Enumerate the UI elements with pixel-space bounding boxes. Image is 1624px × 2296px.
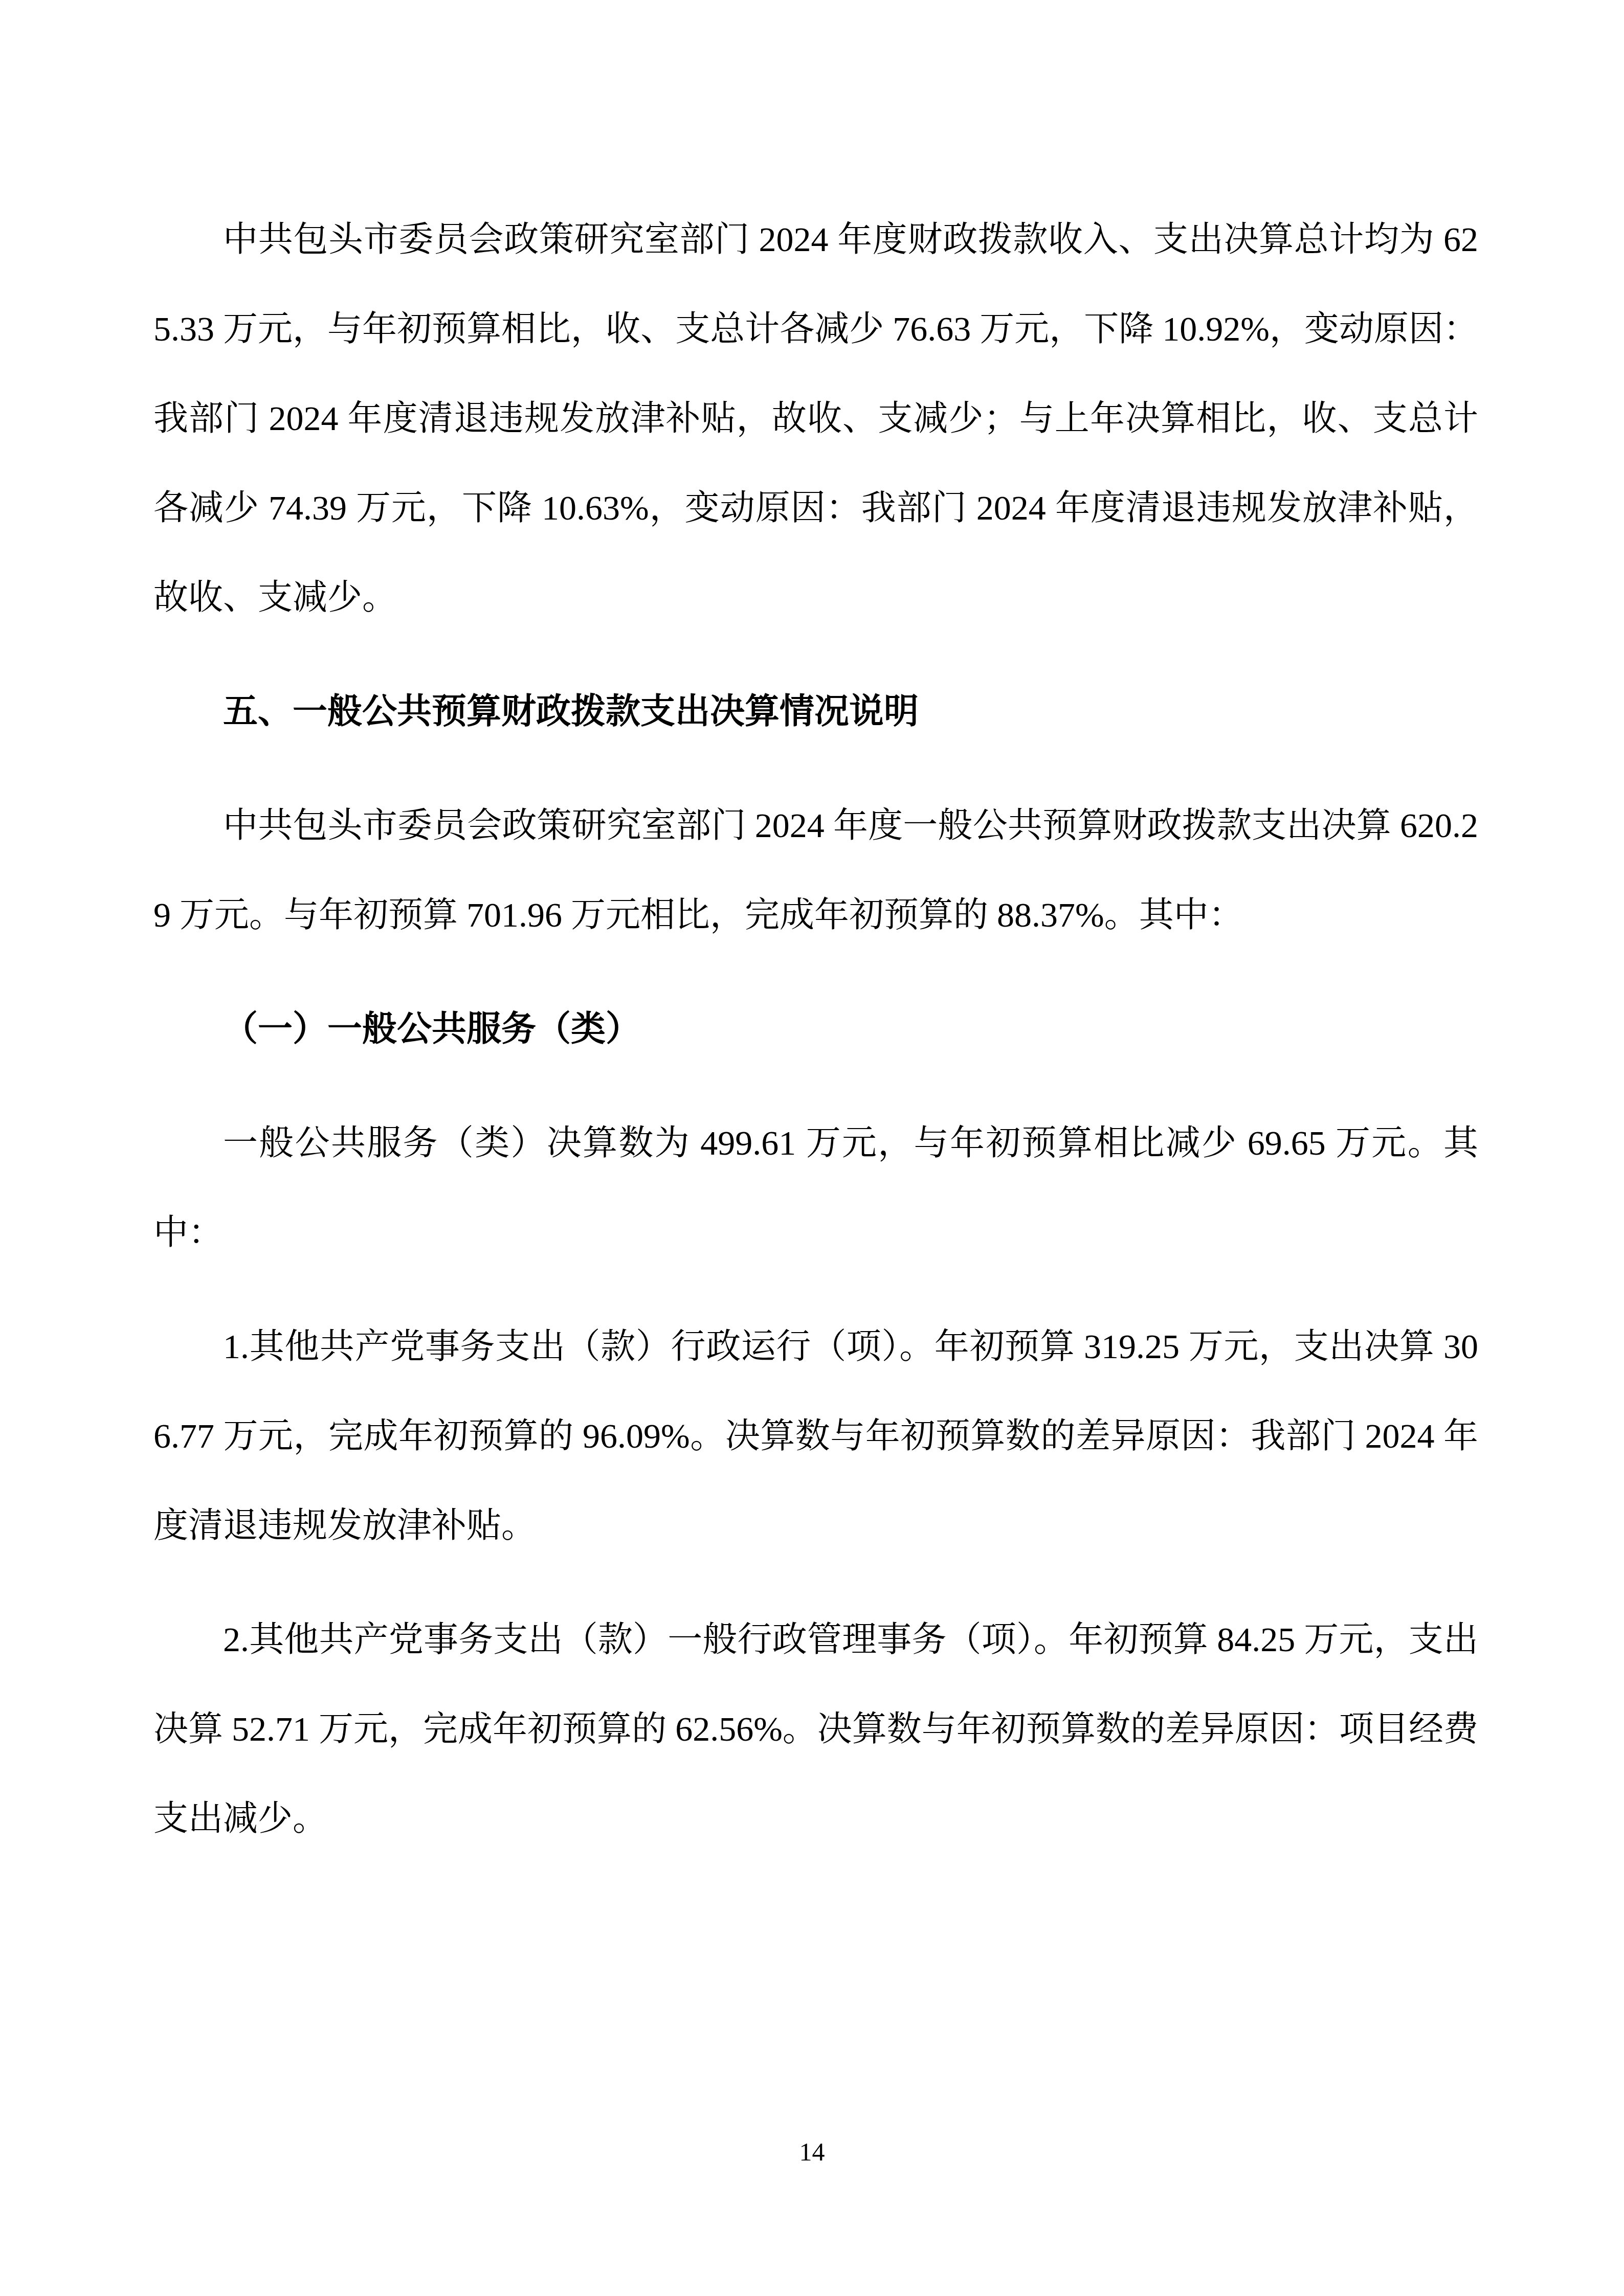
section-heading-general-public-budget-expenditure: 五、一般公共预算财政拨款支出决算情况说明 bbox=[153, 667, 1478, 756]
subsection-heading-general-public-service: （一）一般公共服务（类） bbox=[153, 984, 1478, 1074]
paragraph-general-public-service-summary: 一般公共服务（类）决算数为 499.61 万元，与年初预算相比减少 69.65 … bbox=[153, 1098, 1478, 1277]
document-page: 中共包头市委员会政策研究室部门 2024 年度财政拨款收入、支出决算总计均为 6… bbox=[0, 0, 1624, 2296]
paragraph-item-1-administrative-operation: 1.其他共产党事务支出（款）行政运行（项）。年初预算 319.25 万元，支出决… bbox=[153, 1302, 1478, 1570]
paragraph-section5-intro: 中共包头市委员会政策研究室部门 2024 年度一般公共预算财政拨款支出决算 62… bbox=[153, 781, 1478, 960]
paragraph-item-2-general-administrative-affairs: 2.其他共产党事务支出（款）一般行政管理事务（项）。年初预算 84.25 万元，… bbox=[153, 1595, 1478, 1863]
paragraph-fiscal-appropriation-overview: 中共包头市委员会政策研究室部门 2024 年度财政拨款收入、支出决算总计均为 6… bbox=[153, 195, 1478, 642]
page-number: 14 bbox=[0, 2136, 1624, 2167]
